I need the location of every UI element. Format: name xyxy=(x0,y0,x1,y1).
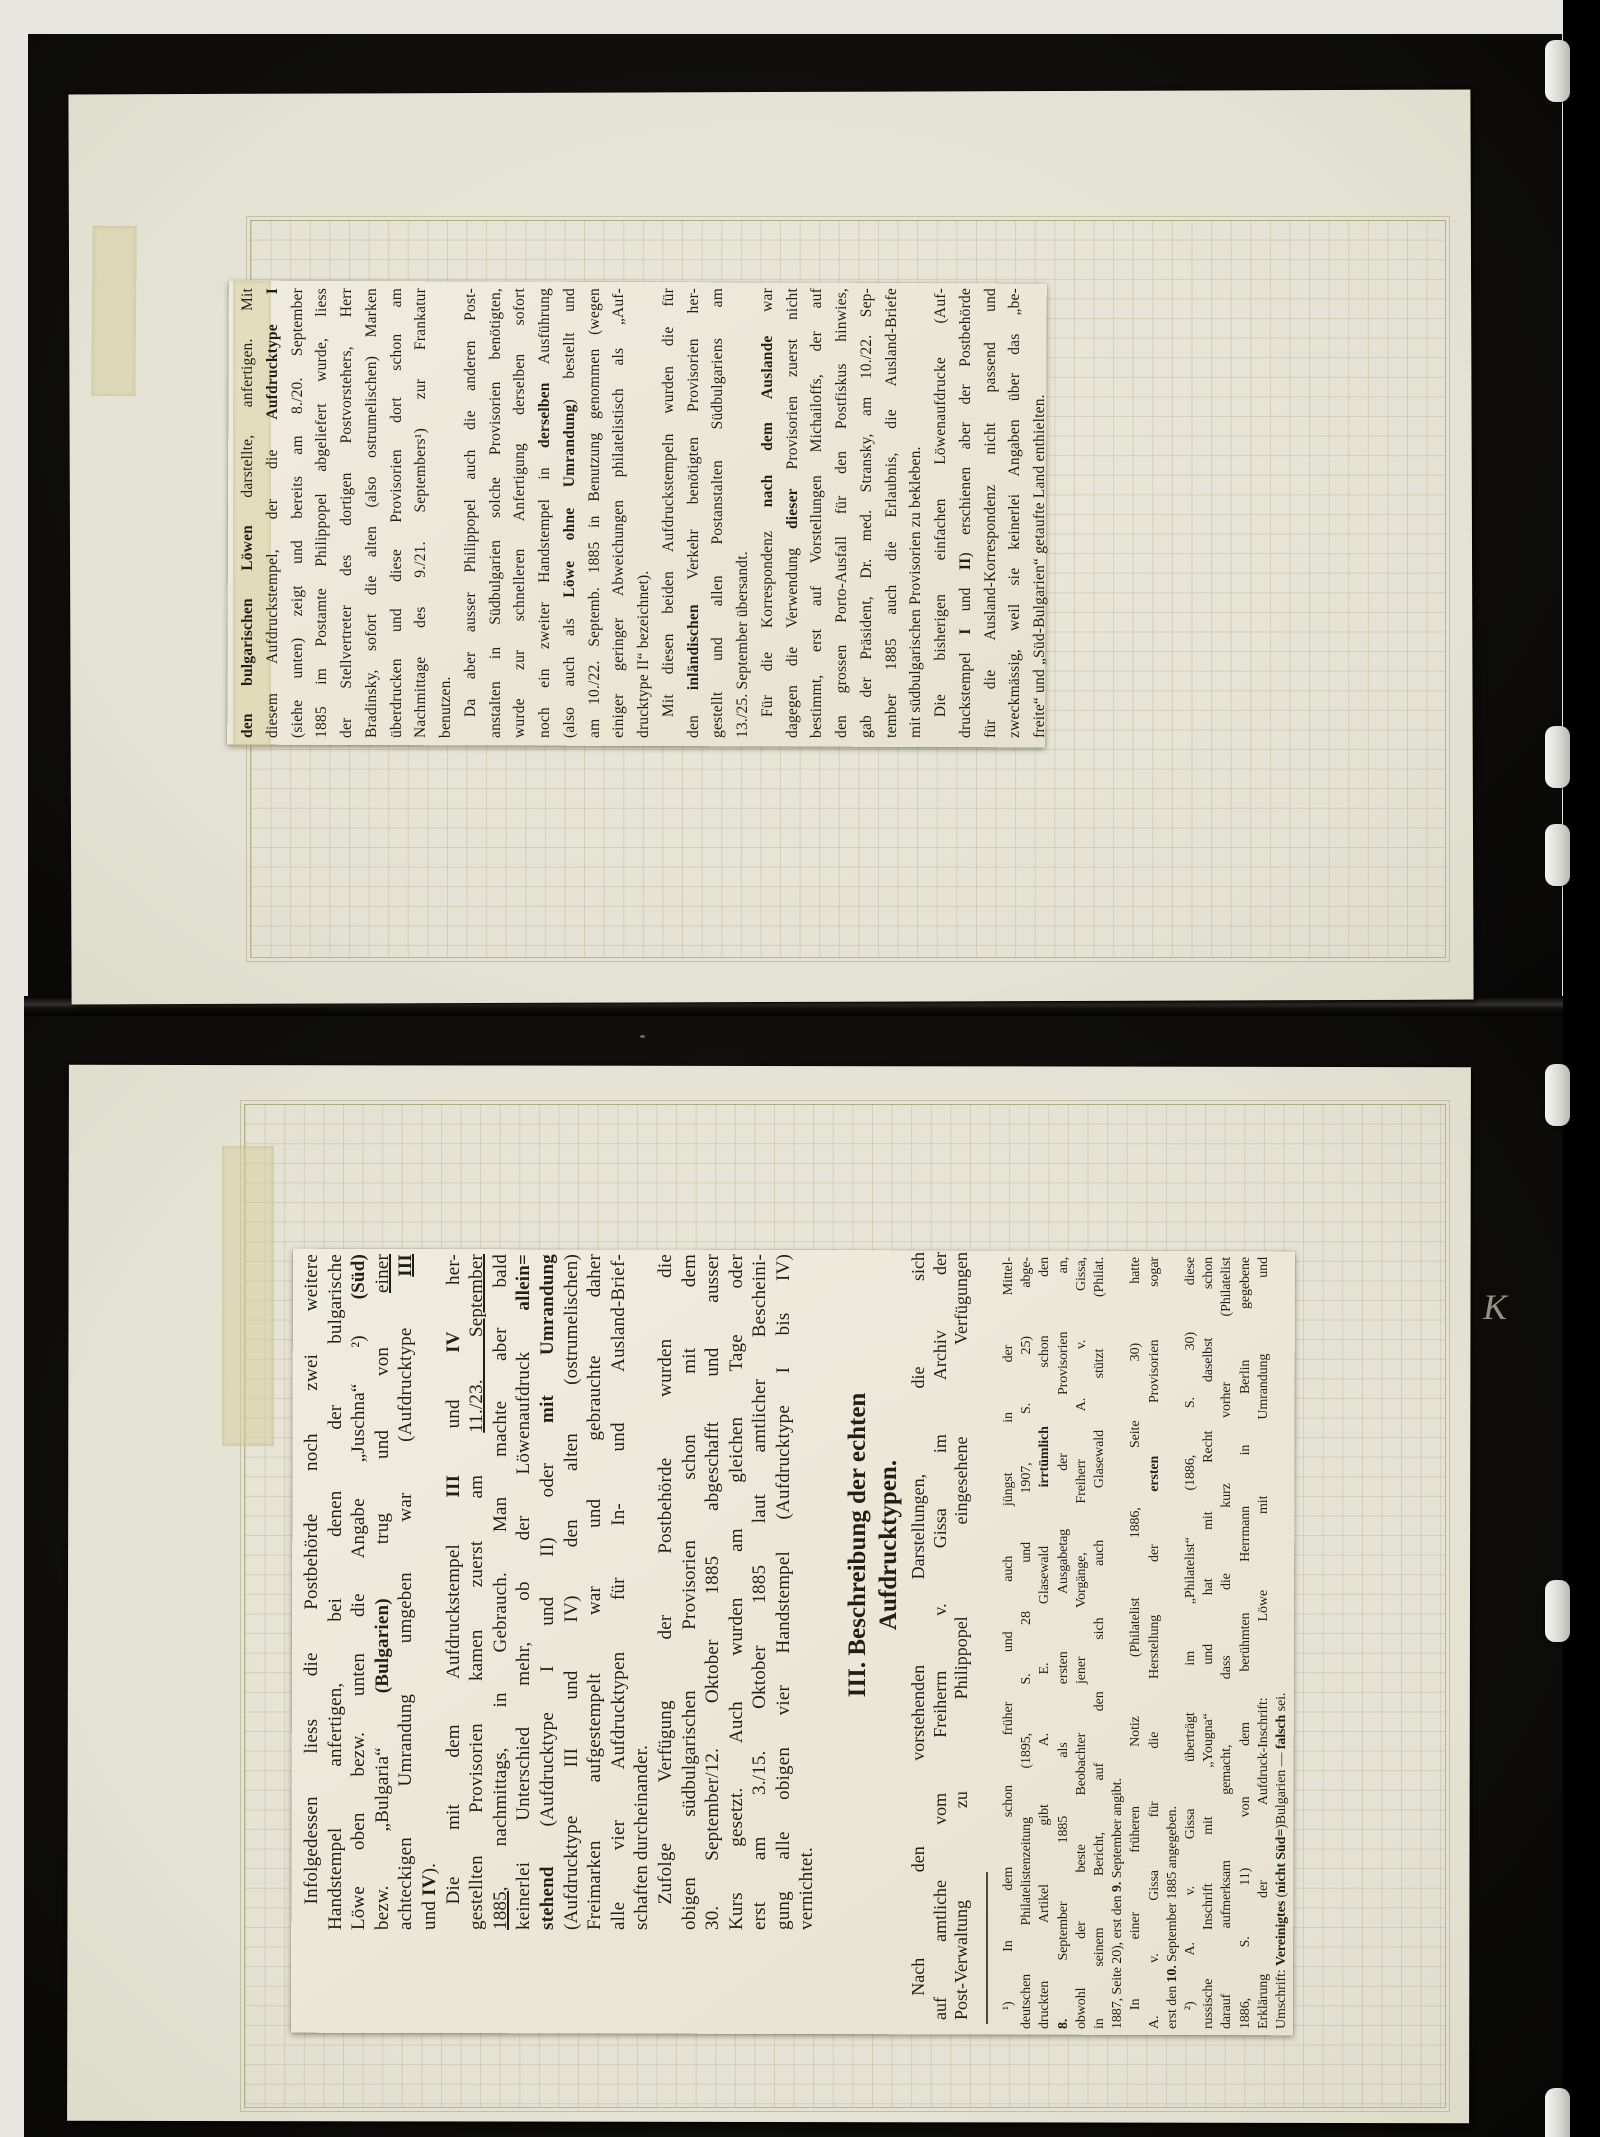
text-line: erst am 3./15. Oktober 1885 laut amtlich… xyxy=(748,1254,772,1930)
text-line: zweckmässig, weil sie keinerlei Angaben … xyxy=(1003,288,1028,738)
text-line: für die Ausland-Korrespondenz nicht pass… xyxy=(979,288,1004,738)
text-line: Mit diesen beiden Aufdruckstempeln wurde… xyxy=(657,288,682,738)
text-line: anstalten in Südbulgarien solche Proviso… xyxy=(484,288,509,738)
binder-ring-mark xyxy=(1545,824,1570,886)
text-line: 1885 im Postamte Philippopel abgeliefert… xyxy=(310,288,335,738)
text-line: Bradinsky, sofort die alten (also ostrum… xyxy=(360,288,385,738)
text-line: 1887, Seite 20), erst den 9. September a… xyxy=(1109,1257,1127,2029)
text-line: bestimmt, erst auf Vorstellungen Michail… xyxy=(805,288,830,738)
text-line: III. Beschreibung der echten xyxy=(842,1252,873,1838)
top-clipping-text-block: den bulgarischen Löwen darstellte, anfer… xyxy=(236,288,1053,738)
text-line: druckstempel I und II) erschienen aber d… xyxy=(954,288,979,738)
text-line: am 10./22. Septemb. 1885 in Benutzung ge… xyxy=(583,288,608,738)
text-line: diesem Aufdruckstempel, der die Aufdruck… xyxy=(261,288,286,738)
text-line: benutzen. xyxy=(434,288,459,738)
text-line: 8. September 1885 als ersten Ausgabetag … xyxy=(1055,1257,1073,2029)
text-line: alle vier Aufdrucktypen für In- und Ausl… xyxy=(607,1254,631,1930)
text-line: den inländischen Verkehr benötigten Prov… xyxy=(682,288,707,738)
text-line: Nachmittage des 9./21. Septembers¹) zur … xyxy=(409,288,434,738)
text-line: 13./25. September übersandt. xyxy=(731,288,756,738)
text-line: der Stellvertreter des dortigen Postvors… xyxy=(335,288,360,738)
text-line: Zufolge Verfügung der Postbehörde wurden… xyxy=(654,1254,678,1930)
tape-piece-bottom-clipping xyxy=(222,1146,274,1446)
text-line: Erklärung der Aufdruck-Inschrift: Löwe m… xyxy=(1255,1257,1273,2029)
text-line: obwohl der beste Beobachter jener Vorgän… xyxy=(1073,1257,1091,2029)
text-line: freite“ und „Süd-Bulgarien“ getaufte Lan… xyxy=(1028,288,1053,738)
text-line: gung alle obigen vier Handstempel (Aufdr… xyxy=(772,1254,796,1930)
binder-ring-mark xyxy=(1545,2088,1570,2137)
text-line: den bulgarischen Löwen darstellte, anfer… xyxy=(236,288,261,738)
text-line: (Aufdrucktype III und IV) den alten (ost… xyxy=(560,1254,584,1930)
text-line: wurde zur schnelleren Anfertigung dersel… xyxy=(508,288,533,738)
text-line: deutschen Philatelistenzeitung (1895, S.… xyxy=(1018,1257,1036,2029)
text-line: 30. September/12. Oktober 1885 abgeschaf… xyxy=(701,1254,725,1930)
text-line: russische Inschrift mit „Yougna“ und hat… xyxy=(1200,1257,1218,2029)
text-line: Infolgedessen liess die Postbehörde noch… xyxy=(300,1254,324,1930)
text-line: auf amtliche vom Freiherrn v. Gissa im A… xyxy=(930,1252,952,2020)
text-line: (siehe unten) zeigt und bereits am 8./20… xyxy=(286,288,311,738)
text-line: schaften durcheinander. xyxy=(630,1254,654,1930)
text-line: Nach den vorstehenden Darstellungen, die… xyxy=(908,1252,930,2020)
photographed-album-spread: den bulgarischen Löwen darstellte, anfer… xyxy=(0,0,1600,2137)
dust-speck xyxy=(640,1035,645,1038)
text-line: und IV). xyxy=(418,1254,442,1930)
text-line: Aufdrucktypen. xyxy=(873,1252,904,1838)
text-line: darauf aufmerksam gemacht, dass die kurz… xyxy=(1218,1257,1236,2029)
text-line: tember 1885 auch die Erlaubnis, die Ausl… xyxy=(880,288,905,738)
text-line: in seinem Bericht, auf den sich auch Gla… xyxy=(1091,1257,1109,2029)
text-line: erst den 10. September 1885 angegeben. xyxy=(1164,1257,1182,2029)
section-heading: III. Beschreibung der echtenAufdrucktype… xyxy=(842,1252,904,1838)
binder-ring-mark xyxy=(1545,40,1570,102)
text-line: Löwe oben bezw. unten die Angabe „Juschn… xyxy=(347,1254,371,1930)
text-line: drucktype II“ bezeichnet). xyxy=(632,288,657,738)
text-line: einiger geringer Abweichungen philatelis… xyxy=(607,288,632,738)
tape-piece-top-left xyxy=(91,226,136,396)
text-line: gestellt und allen Postanstalten Südbulg… xyxy=(706,288,731,738)
text-line: mit südbulgarischen Provisorien zu bekle… xyxy=(904,288,929,738)
dust-speck xyxy=(1210,560,1213,563)
footnote-text-block: ¹) In dem schon früher und auch jüngst i… xyxy=(1000,1257,1291,2029)
binder-ring-mark xyxy=(1545,1580,1570,1642)
binder-ring-mark xyxy=(1545,726,1570,788)
text-line: den grossen Porto-Ausfall für den Postfi… xyxy=(830,288,855,738)
text-line: Kurs gesetzt. Auch wurden am gleichen Ta… xyxy=(725,1254,749,1930)
text-line: ²) A. v. Gissa überträgt im „Philatelist… xyxy=(1182,1257,1200,2029)
text-line: Freimarken aufgestempelt war und gebrauc… xyxy=(583,1254,607,1930)
bottom-clipping-intro-text-block: Nach den vorstehenden Darstellungen, die… xyxy=(908,1252,973,2020)
text-line: vernichtet. xyxy=(795,1254,819,1930)
text-line: gab der Präsident, Dr. med. Stransky, am… xyxy=(855,288,880,738)
text-line: 1886, S. 11) von dem berühmten Herrmann … xyxy=(1237,1257,1255,2029)
text-line: Handstempel anfertigen, bei denen der bu… xyxy=(324,1254,348,1930)
text-line: druckten Artikel gibt A. E. Glasewald ir… xyxy=(1036,1257,1054,2029)
binder-ring-mark xyxy=(1545,1064,1570,1126)
text-line: Die mit dem Aufdruckstempel III und IV h… xyxy=(442,1254,466,1930)
handwritten-margin-mark: K xyxy=(1483,1286,1507,1328)
text-line: 1885, nachmittags, in Gebrauch. Man mach… xyxy=(489,1254,513,1930)
text-line: Umschrift: Vereinigtes (nicht Süd=)Bulga… xyxy=(1273,1257,1291,2029)
text-line: noch ein zweiter Handstempel in derselbe… xyxy=(533,288,558,738)
text-line: gestellten Provisorien kamen zuerst am 1… xyxy=(465,1254,489,1930)
text-line: Post-Verwaltung zu Philippopel eingesehe… xyxy=(951,1252,973,2020)
text-line: Da aber ausser Philippopel auch die ande… xyxy=(459,288,484,738)
text-line: bezw. „Bulgaria“ (Bulgarien) trug und vo… xyxy=(371,1254,395,1930)
text-line: Die bisherigen einfachen Löwenaufdrucke … xyxy=(929,288,954,738)
text-line: In einer früheren Notiz (Philatelist 188… xyxy=(1127,1257,1145,2029)
text-line: dagegen die Verwendung dieser Provisorie… xyxy=(781,288,806,738)
text-line: A. v. Gissa für die Herstellung der erst… xyxy=(1146,1257,1164,2029)
text-line: keinerlei Unterschied mehr, ob der Löwen… xyxy=(512,1254,536,1930)
text-line: obigen südbulgarischen Provisorien schon… xyxy=(678,1254,702,1930)
text-line: (also auch als Löwe ohne Umrandung) best… xyxy=(558,288,583,738)
bottom-clipping-main-text-block: Infolgedessen liess die Postbehörde noch… xyxy=(300,1254,819,1930)
text-line: stehend (Aufdrucktype I und II) oder mit… xyxy=(536,1254,560,1930)
text-line: achteckigen Umrandung umgeben war (Aufdr… xyxy=(394,1254,418,1930)
text-line: Für die Korrespondenz nach dem Auslande … xyxy=(756,288,781,738)
footnote-separator-rule xyxy=(986,1872,988,2024)
text-line: überdrucken und diese Provisorien dort s… xyxy=(385,288,410,738)
text-line: ¹) In dem schon früher und auch jüngst i… xyxy=(1000,1257,1018,2029)
